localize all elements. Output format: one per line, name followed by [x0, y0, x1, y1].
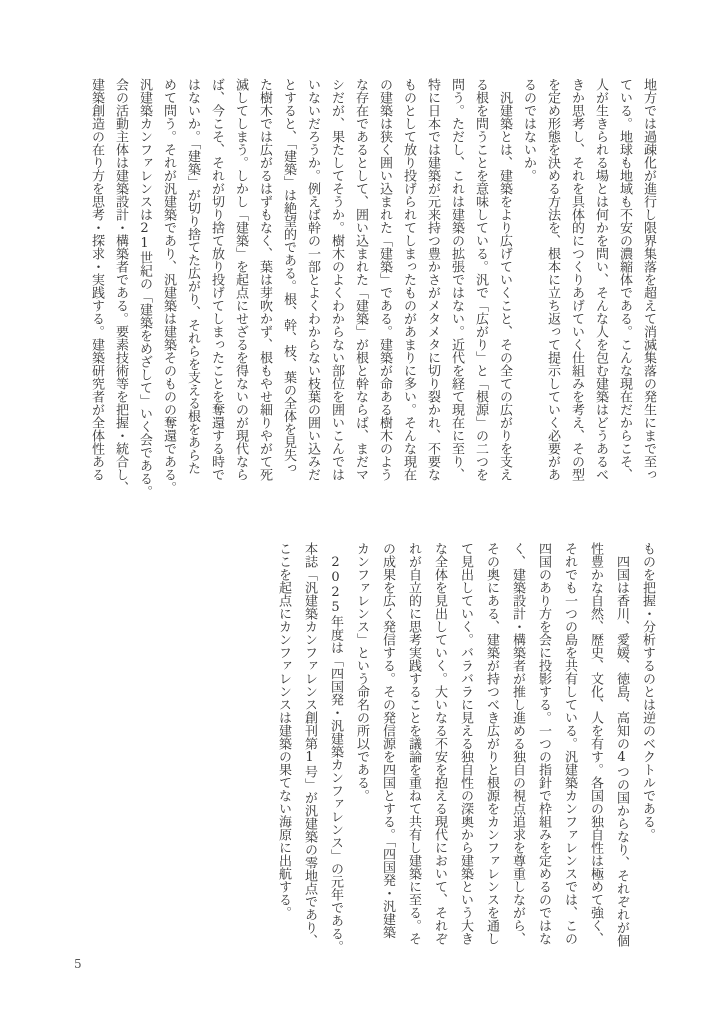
lower-text-block: ものを把握・分析するのとは逆のベクトルである。 四国は香川、愛媛、徳島、高知の4… [270, 542, 660, 946]
text-column: 問う。ただし、これは建築の拡張ではない。近代を経て現在に至り、 [444, 78, 468, 482]
text-column: 本誌「汎建築カンファレンス創刊第1号」が汎建築の零地点であり、 [296, 542, 322, 946]
text-column: 性豊かな自然、歴史、文化、人を有す。各国の独自性は極めて強く、 [582, 542, 608, 946]
text-column: 汎建築とは、建築をより広げていくこと、その全ての広がりを支え [492, 78, 516, 482]
text-column: な存在であるとして、囲い込まれた「建築」が根と幹ならば、まだマ [348, 78, 372, 482]
text-column: 建築創造の在り方を思考・探求・実践する。建築研究者が全体性ある [84, 78, 108, 482]
text-column: きか思考し、それを具体的につくりあげていく仕組みを考え、その型 [564, 78, 588, 482]
text-column: ている。地球も地域も不安の濃縮体である。こんな現在だからこそ、 [612, 78, 636, 482]
upper-text-block: 地方では過疎化が進行し限界集落を超えて消滅集落の発生にまで至っ ている。地球も地… [84, 78, 660, 482]
text-column: な全体を見出していく。大いなる不安を抱える現代において、それぞ [426, 542, 452, 946]
text-column: ここを起点にカンファレンスは建築の果てない海原に出航する。 [270, 542, 296, 946]
text-column: の建築は狭く囲い込まれた「建築」である。建築が命ある樹木のよう [372, 78, 396, 482]
text-column: た樹木では広がるはずもなく、葉は芽吹かず、根もやせ細りやがて死 [252, 78, 276, 482]
text-column: ものとして放り投げられてしまったものがあまりに多い。そんな現在 [396, 78, 420, 482]
text-column: シだが、果たしてそうか。樹木のよくわからない部位を囲いこんでは [324, 78, 348, 482]
text-column: を定め形態を決める方法を、根本に立ち返って提示していく必要があ [540, 78, 564, 482]
text-column: カンファレンス」という命名の所以である。 [348, 542, 374, 946]
text-column: その奥にある、建築が持つべき広がりと根源をカンファレンスを通し [478, 542, 504, 946]
text-column: 四国のあり方を会に投影する。一つの指針で枠組みを定めるのではな [530, 542, 556, 946]
text-column: 四国は香川、愛媛、徳島、高知の4つの国からなり、それぞれが個 [608, 542, 634, 946]
text-column: 人が生きられる場とは何かを問い、そんな人を包む建築はどうあるべ [588, 78, 612, 482]
text-column: ば、今こそ、それが切り捨て放り投げてしまったことを奪還する時で [204, 78, 228, 482]
text-column: とすると、「建築」は絶望的である。根、幹、枝、葉の全体を見失っ [276, 78, 300, 482]
text-column: ものを把握・分析するのとは逆のベクトルである。 [634, 542, 660, 946]
text-column: るのではないか。 [516, 78, 540, 482]
page-number: 5 [74, 957, 82, 971]
text-column: 会の活動主体は建築設計・構築者である。要素技術等を把握・統合し、 [108, 78, 132, 482]
text-column: れが自立的に思考実践することを議論を重ねて共有し建築に至る。そ [400, 542, 426, 946]
text-column: る根を問うことを意味している。汎で「広がり」と「根源」の二つを [468, 78, 492, 482]
text-column: 2025年度は「四国発・汎建築カンファレンス」の元年である。 [322, 542, 348, 946]
text-column: 特に日本では建築が元来持つ豊かさがメタメタに切り裂かれ、不要な [420, 78, 444, 482]
text-column: はないか。「建築」が切り捨てた広がり、それらを支える根をあらた [180, 78, 204, 482]
text-column: て見出していく。バラバラに見える独自性の深奥から建築という大き [452, 542, 478, 946]
text-column: それでも一つの島を共有している。汎建築カンファレンスでは、この [556, 542, 582, 946]
text-column: 地方では過疎化が進行し限界集落を超えて消滅集落の発生にまで至っ [636, 78, 660, 482]
document-page: 地方では過疎化が進行し限界集落を超えて消滅集落の発生にまで至っ ている。地球も地… [0, 0, 726, 1024]
text-column: く、建築設計・構築者が推し進める独自の視点追求を尊重しながら、 [504, 542, 530, 946]
text-column: の成果を広く発信する。その発信源を四国とする。「四国発・汎建築 [374, 542, 400, 946]
text-column: いないだろうか。例えば幹の一部とよくわからない枝葉の囲い込みだ [300, 78, 324, 482]
text-column: 汎建築カンファレンスは21世紀の「建築をめざして」いく会である。 [132, 78, 156, 482]
text-column: 滅してしまう。しかし「建築」を起点にせざるを得ないのが現代なら [228, 78, 252, 482]
text-column: めて問う。それが汎建築であり、汎建築は建築そのものの奪還である。 [156, 78, 180, 482]
